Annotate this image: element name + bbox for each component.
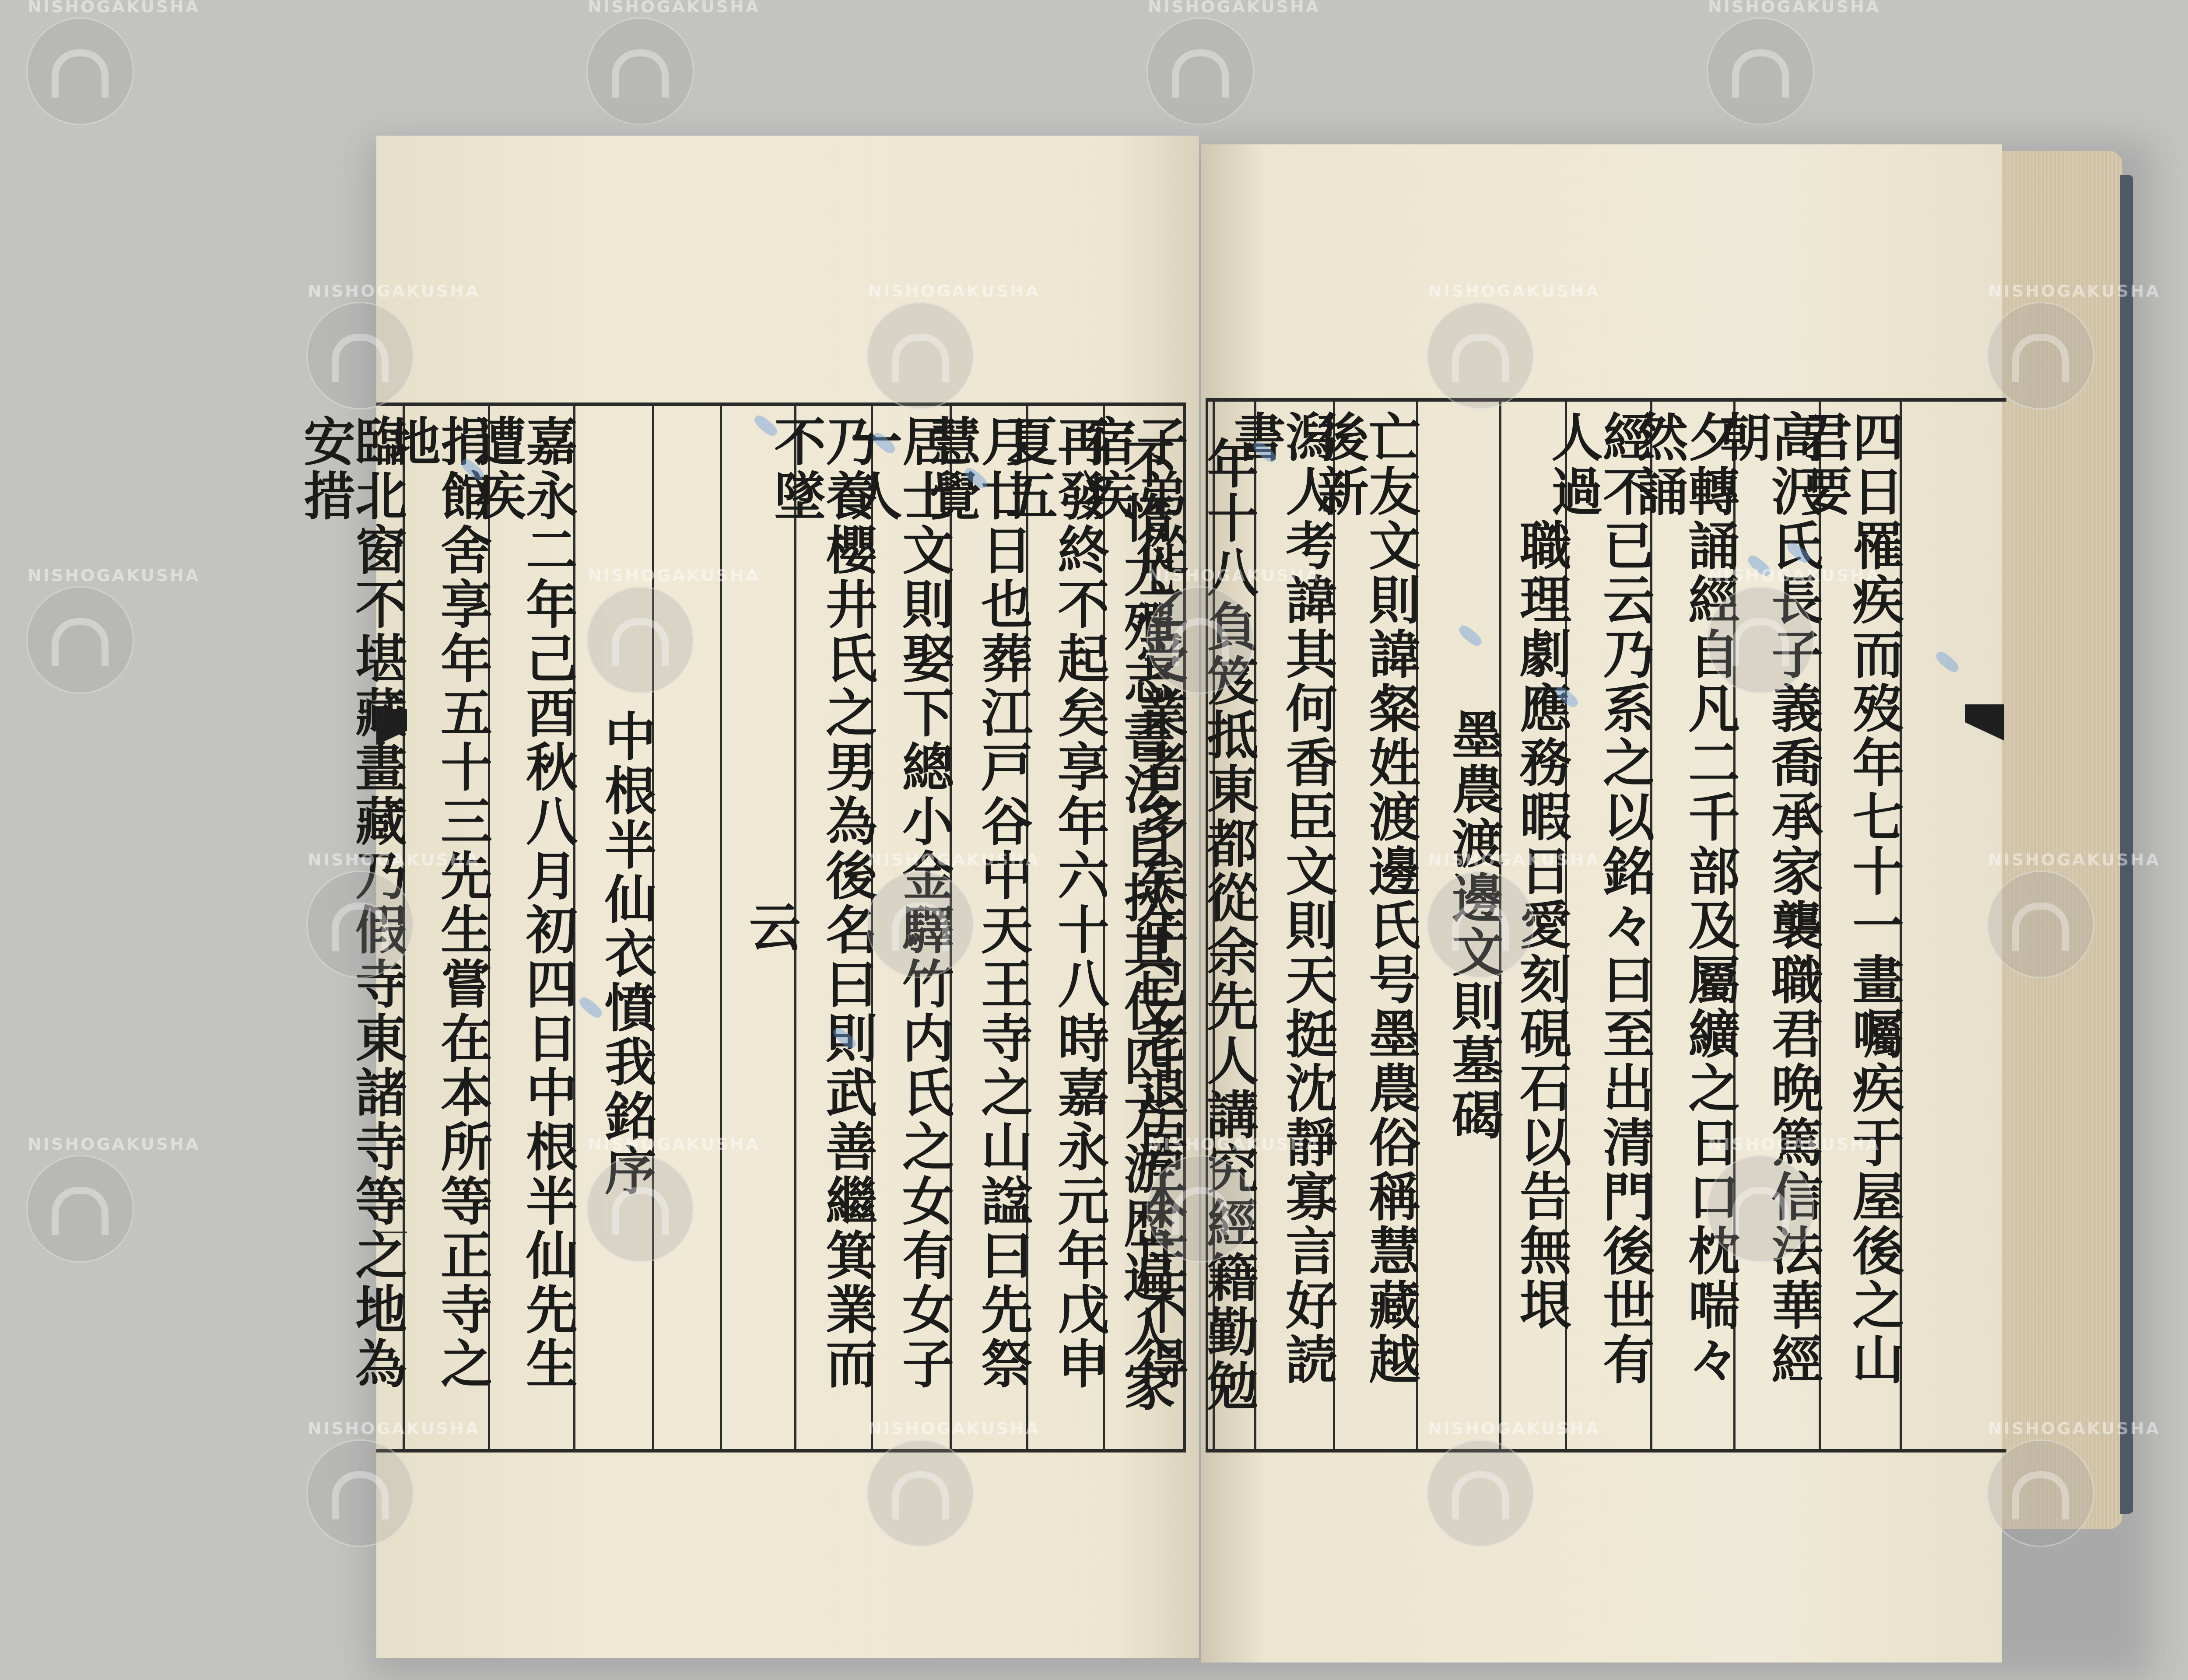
watermark-logo: NISHOGAKUSHA — [1427, 302, 1534, 409]
text-column: 捐館舍享年五十三先生嘗在本所等正寺之地 — [409, 415, 488, 1440]
watermark-logo: NISHOGAKUSHA — [866, 302, 974, 409]
right-page: 四日罹疾而歿年七十一畫囑疾于屋後之山君要 高沢氏長子義喬承家襲職君晩篤信法華經朝… — [1201, 144, 2002, 1662]
watermark-logo: NISHOGAKUSHA — [306, 1439, 414, 1547]
text-column: 年十八負笈抵東都從余先人講究經籍勤勉 — [1178, 410, 1254, 1440]
watermark-logo: NISHOGAKUSHA — [1427, 871, 1534, 978]
watermark-logo: NISHOGAKUSHA — [1147, 17, 1254, 125]
watermark-logo: NISHOGAKUSHA — [1147, 586, 1254, 694]
watermark-logo: NISHOGAKUSHA — [1987, 302, 2094, 409]
watermark-logo: NISHOGAKUSHA — [866, 871, 974, 978]
watermark-logo: NISHOGAKUSHA — [1707, 586, 1814, 694]
text-column: 亡友文則諱粲姓渡邊氏号墨農俗稱慧藏越後新 — [1337, 410, 1416, 1440]
watermark-logo: NISHOGAKUSHA — [1987, 871, 2094, 978]
watermark-logo: NISHOGAKUSHA — [26, 17, 134, 125]
book-cover-spine — [2120, 175, 2133, 1514]
watermark-logo: NISHOGAKUSHA — [1427, 1439, 1534, 1547]
watermark-logo: NISHOGAKUSHA — [306, 302, 414, 409]
left-page: 子弟從之受業者多矣年已老退居本庄不得宿疾 再發終不起矣享年六十八時嘉永元年戊申夏… — [376, 136, 1199, 1658]
left-page-text-frame: 子弟從之受業者多矣年已老退居本庄不得宿疾 再發終不起矣享年六十八時嘉永元年戊申夏… — [376, 402, 1186, 1452]
text-column: 經不已云乃系之以銘々曰至出清門後世有人過 — [1571, 410, 1650, 1440]
watermark-logo: NISHOGAKUSHA — [1987, 1439, 2094, 1547]
text-column: 嘉永二年己酉秋八月初四日中根半仙先生遭疾 — [494, 415, 573, 1440]
right-page-text-frame: 四日罹疾而歿年七十一畫囑疾于屋後之山君要 高沢氏長子義喬承家襲職君晩篤信法華經朝… — [1206, 398, 2006, 1452]
watermark-logo: NISHOGAKUSHA — [1707, 1155, 1814, 1263]
watermark-logo: NISHOGAKUSHA — [1707, 17, 1814, 125]
hanshin-fishtail-mark — [376, 709, 407, 774]
watermark-logo: NISHOGAKUSHA — [1147, 1155, 1254, 1263]
watermark-logo: NISHOGAKUSHA — [866, 1439, 974, 1547]
watermark-logo: NISHOGAKUSHA — [26, 1155, 134, 1263]
text-column: 不惰尤殫志書法自挾其伎四方游歴遍人家 — [1094, 410, 1171, 1440]
text-column: 潟人考諱其何香臣文則天挺沈靜寡言好読書 — [1259, 410, 1333, 1440]
text-column: 乃養櫻井氏之男為後名曰則武善繼箕業而不墜 — [801, 415, 873, 1440]
hanshin-fishtail-mark — [1965, 704, 2004, 766]
watermark-logo: NISHOGAKUSHA — [586, 586, 694, 694]
watermark-logo: NISHOGAKUSHA — [586, 1155, 694, 1263]
fold-line — [376, 1232, 407, 1233]
watermark-logo: NISHOGAKUSHA — [586, 17, 694, 125]
text-column: 四日罹疾而歿年七十一畫囑疾于屋後之山君要 — [1825, 410, 1900, 1440]
watermark-logo: NISHOGAKUSHA — [26, 586, 134, 694]
text-column: 夕轉誦經自凡二千部及屬纊之日口枕喘々然誦 — [1657, 410, 1736, 1440]
watermark-logo: NISHOGAKUSHA — [306, 871, 414, 978]
